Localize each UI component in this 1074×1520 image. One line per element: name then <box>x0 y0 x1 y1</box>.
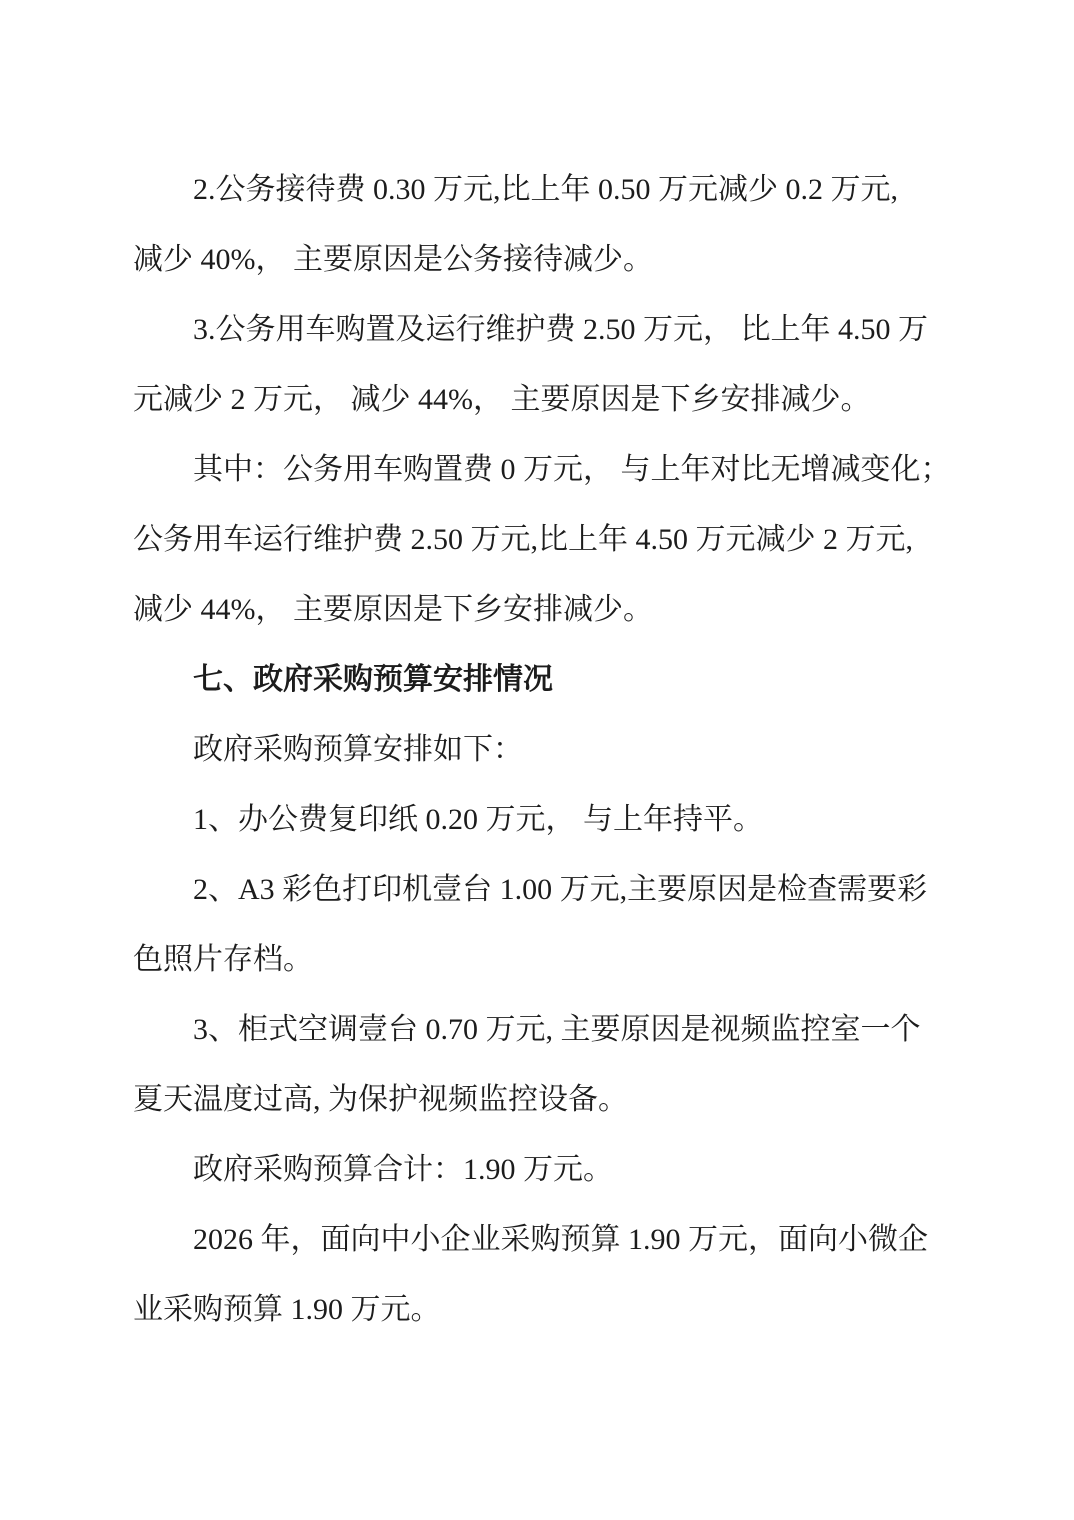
paragraph-line: 2.公务接待费 0.30 万元,比上年 0.50 万元减少 0.2 万元, <box>133 155 938 225</box>
paragraph-line: 2、A3 彩色打印机壹台 1.00 万元,主要原因是检查需要彩 <box>133 855 938 925</box>
paragraph-line: 业采购预算 1.90 万元。 <box>133 1275 938 1345</box>
paragraph-line: 色照片存档。 <box>133 925 938 995</box>
paragraph-line: 公务用车运行维护费 2.50 万元,比上年 4.50 万元减少 2 万元, <box>133 505 938 575</box>
paragraph-line: 政府采购预算安排如下： <box>133 715 938 785</box>
paragraph-line: 3、柜式空调壹台 0.70 万元, 主要原因是视频监控室一个 <box>133 995 938 1065</box>
paragraph-line: 2026 年，面向中小企业采购预算 1.90 万元，面向小微企 <box>133 1205 938 1275</box>
paragraph-line: 1、办公费复印纸 0.20 万元， 与上年持平。 <box>133 785 938 855</box>
document-page: 2.公务接待费 0.30 万元,比上年 0.50 万元减少 0.2 万元, 减少… <box>0 0 1074 1520</box>
paragraph-line: 元减少 2 万元， 减少 44%， 主要原因是下乡安排减少。 <box>133 365 938 435</box>
paragraph-line: 3.公务用车购置及运行维护费 2.50 万元， 比上年 4.50 万 <box>133 295 938 365</box>
section-heading: 七、政府采购预算安排情况 <box>133 645 938 715</box>
paragraph-line: 其中：公务用车购置费 0 万元， 与上年对比无增减变化； <box>133 435 938 505</box>
paragraph-line: 减少 40%， 主要原因是公务接待减少。 <box>133 225 938 295</box>
paragraph-line: 减少 44%， 主要原因是下乡安排减少。 <box>133 575 938 645</box>
paragraph-line: 政府采购预算合计：1.90 万元。 <box>133 1135 938 1205</box>
paragraph-line: 夏天温度过高, 为保护视频监控设备。 <box>133 1065 938 1135</box>
